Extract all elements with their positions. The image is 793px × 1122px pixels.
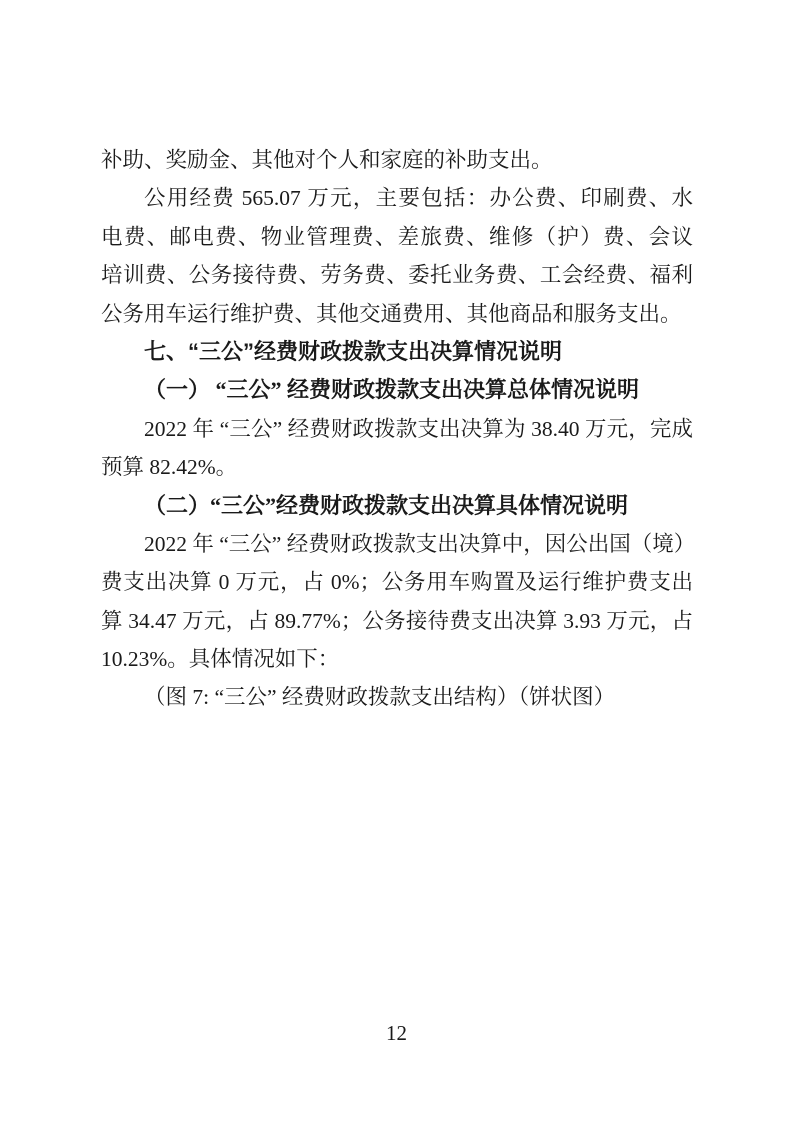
text-line: 电费、邮电费、物业管理费、差旅费、维修（护）费、会议费、 — [101, 218, 693, 256]
text-line: 2022 年 “三公” 经费财政拨款支出决算中，因公出国（境） — [101, 525, 693, 563]
text-line: 公用经费 565.07 万元，主要包括：办公费、印刷费、水费、 — [101, 179, 693, 217]
text-line: （图 7: “三公” 经费财政拨款支出结构）（饼状图） — [101, 678, 693, 716]
text-line: 培训费、公务接待费、劳务费、委托业务费、工会经费、福利费、 — [101, 256, 693, 294]
paragraph: （一） “三公” 经费财政拨款支出决算总体情况说明 — [101, 371, 693, 409]
text-line: 公务用车运行维护费、其他交通费用、其他商品和服务支出。 — [101, 295, 693, 333]
paragraph: （二）“三公”经费财政拨款支出决算具体情况说明 — [101, 487, 693, 525]
text-line: 2022 年 “三公” 经费财政拨款支出决算为 38.40 万元，完成 — [101, 410, 693, 448]
paragraph: 2022 年 “三公” 经费财政拨款支出决算为 38.40 万元，完成预算 82… — [101, 410, 693, 487]
text-line: 预算 82.42%。 — [101, 448, 693, 486]
text-line: 补助、奖励金、其他对个人和家庭的补助支出。 — [101, 141, 693, 179]
text-line: （二）“三公”经费财政拨款支出决算具体情况说明 — [101, 487, 693, 525]
paragraph: 公用经费 565.07 万元，主要包括：办公费、印刷费、水费、电费、邮电费、物业… — [101, 179, 693, 333]
page-number: 12 — [0, 1014, 793, 1052]
text-line: 七、“三公”经费财政拨款支出决算情况说明 — [101, 333, 693, 371]
paragraph: （图 7: “三公” 经费财政拨款支出结构）（饼状图） — [101, 678, 693, 716]
text-line: （一） “三公” 经费财政拨款支出决算总体情况说明 — [101, 371, 693, 409]
paragraph: 2022 年 “三公” 经费财政拨款支出决算中，因公出国（境）费支出决算 0 万… — [101, 525, 693, 679]
document-page: 补助、奖励金、其他对个人和家庭的补助支出。公用经费 565.07 万元，主要包括… — [0, 0, 793, 1122]
document-body: 补助、奖励金、其他对个人和家庭的补助支出。公用经费 565.07 万元，主要包括… — [101, 141, 693, 717]
text-line: 算 34.47 万元，占 89.77%；公务接待费支出决算 3.93 万元，占 — [101, 602, 693, 640]
paragraph: 七、“三公”经费财政拨款支出决算情况说明 — [101, 333, 693, 371]
text-line: 费支出决算 0 万元，占 0%；公务用车购置及运行维护费支出决 — [101, 563, 693, 601]
paragraph: 补助、奖励金、其他对个人和家庭的补助支出。 — [101, 141, 693, 179]
text-line: 10.23%。具体情况如下： — [101, 640, 693, 678]
